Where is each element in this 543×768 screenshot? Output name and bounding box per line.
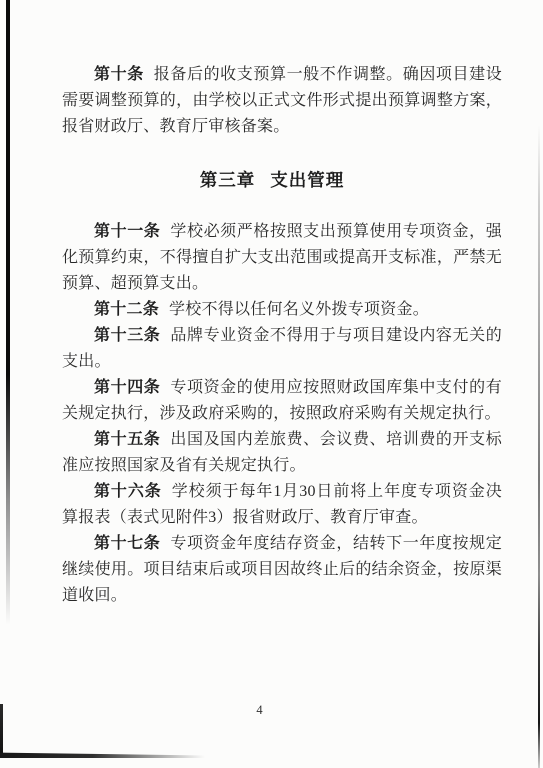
article-label: 第十三条 [94,327,160,344]
scan-edge-right [538,125,540,768]
article-label: 第十一条 [94,223,160,240]
chapter-label: 第三章 [200,170,256,190]
article-paragraph: 第十一条学校必须严格按照支出预算使用专项资金，强化预算约束，不得擅自扩大支出范围… [62,219,502,297]
article-label: 第十五条 [94,431,160,448]
article-paragraph: 第十三条品牌专业资金不得用于与项目建设内容无关的支出。 [62,323,502,375]
article-label: 第十四条 [94,379,160,396]
article-paragraph: 第十条报备后的收支预算一般不作调整。确因项目建设需要调整预算的，由学校以正式文件… [62,62,502,140]
chapter-heading: 第三章支出管理 [52,167,492,193]
page-number: 4 [0,703,531,718]
article-label: 第十二条 [94,301,159,318]
article-label: 第十七条 [94,535,160,552]
article-paragraph: 第十六条学校须于每年1月30日前将上年度专项资金决算报表（表式见附件3）报省财政… [62,479,502,531]
article-paragraph: 第十二条学校不得以任何名义外拨专项资金。 [62,297,502,323]
chapter-title: 支出管理 [270,170,344,190]
scan-edge-left [6,0,10,625]
article-paragraph: 第十七条专项资金年度结存资金，结转下一年度按规定继续使用。项目结束后或项目因故终… [62,531,502,609]
document-body: 第十条报备后的收支预算一般不作调整。确因项目建设需要调整预算的，由学校以正式文件… [62,62,502,609]
scan-edge-bottom [0,752,205,758]
article-label: 第十六条 [94,483,162,500]
article-text: 学校不得以任何名义外拨专项资金。 [169,301,429,318]
article-label: 第十条 [94,66,144,83]
article-paragraph: 第十四条专项资金的使用应按照财政国库集中支付的有关规定执行，涉及政府采购的，按照… [62,375,502,427]
article-paragraph: 第十五条出国及国内差旅费、会议费、培训费的开支标准应按照国家及省有关规定执行。 [62,427,502,479]
